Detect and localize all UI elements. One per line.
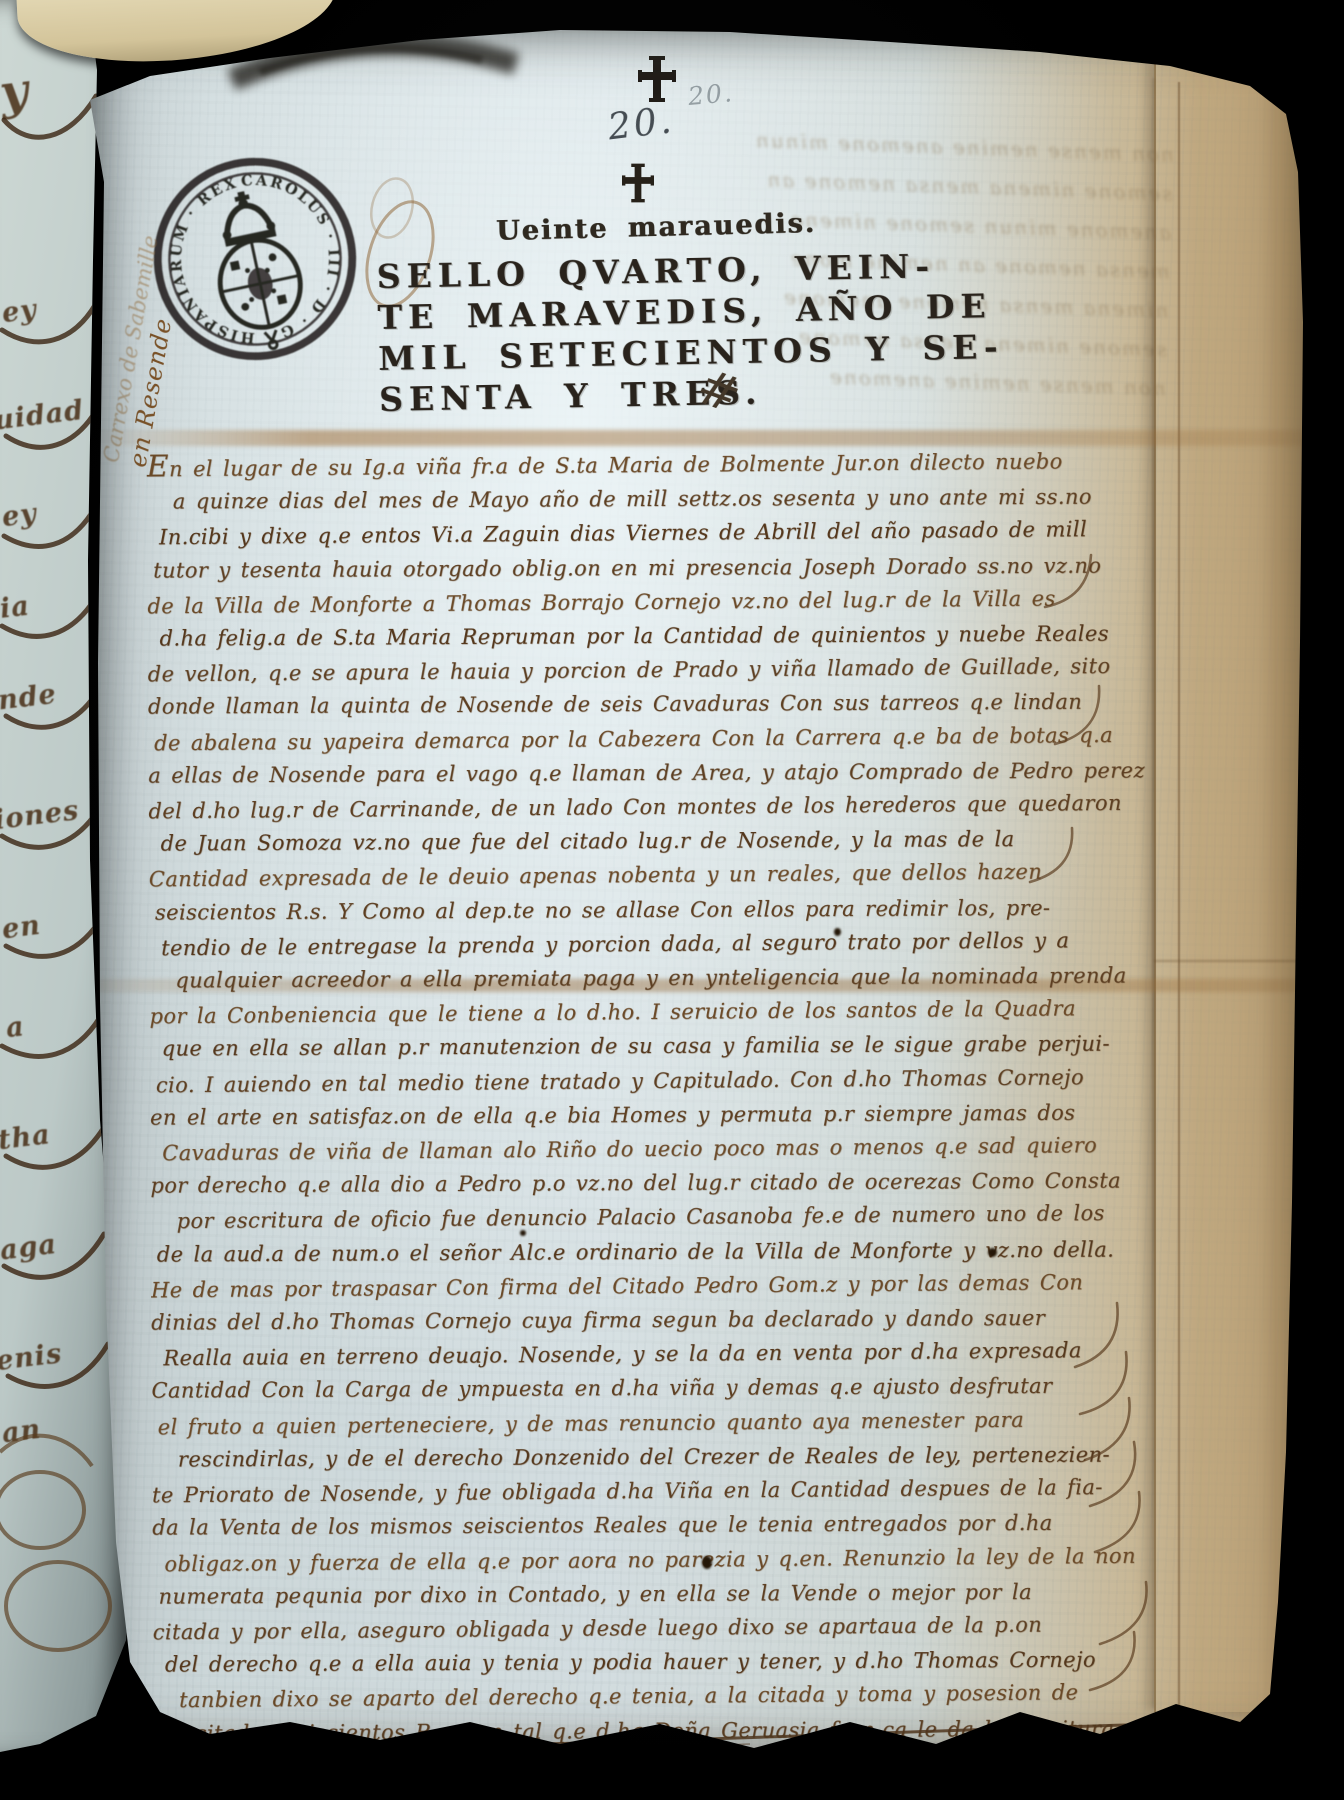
ink-blot xyxy=(834,928,841,936)
ink-blot xyxy=(702,1556,712,1569)
ink-blot xyxy=(988,1248,997,1257)
document-photo: yeyuidadeyiandeionesenathaagaenisan xyxy=(0,0,1344,1800)
closing-rule-icon xyxy=(90,22,1305,1774)
ink-blot xyxy=(520,1230,526,1236)
manuscript-page: non mense nemine anemone minunsemone nim… xyxy=(90,22,1305,1774)
